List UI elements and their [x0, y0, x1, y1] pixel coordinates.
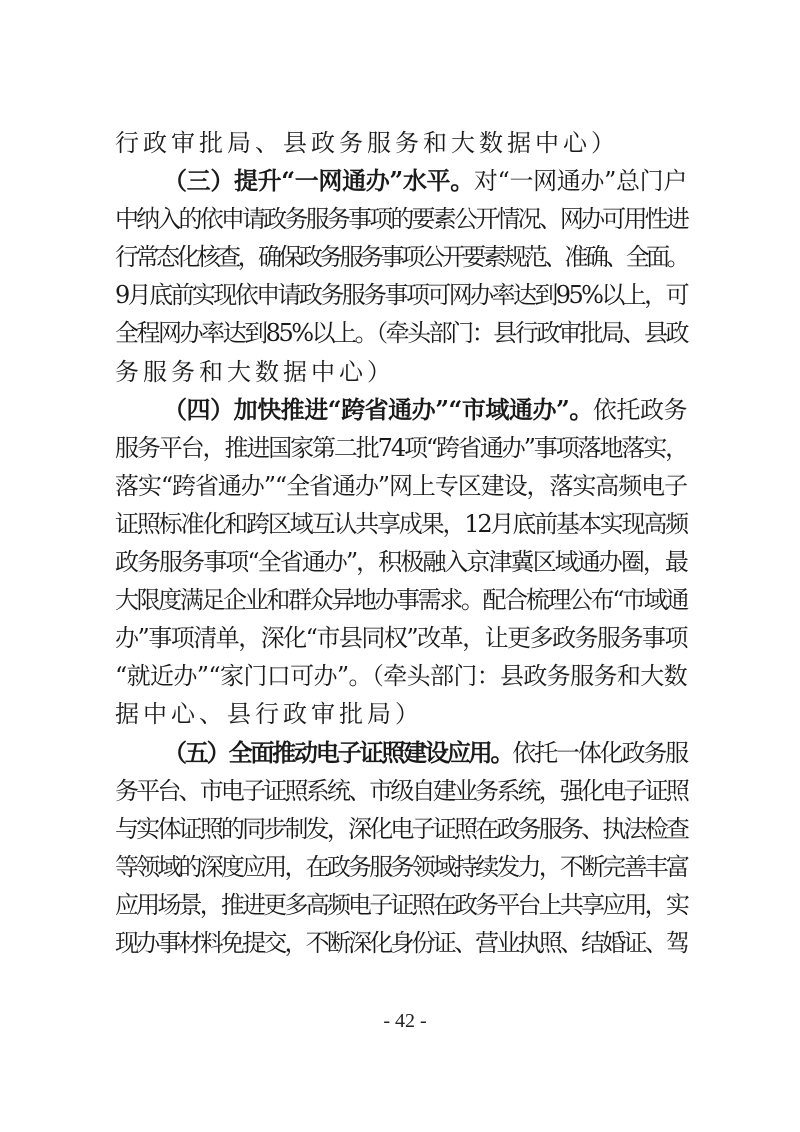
section-heading-5: （五）全面推动电子证照建设应用。 [163, 738, 512, 767]
text-line: 据中心、县行政审批局） [115, 695, 687, 733]
text-line: 与实体证照的同步制发，深化电子证照在政务服务、执法检查 [115, 810, 687, 848]
text-line: 大限度满足企业和群众异地办事需求。配合梳理公布“市域通 [115, 581, 687, 619]
document-page: 行政审批局、县政务服务和大数据中心） （三）提升“一网通办”水平。对“一网通办”… [0, 0, 800, 1132]
text-line: 务平台、市电子证照系统、市级自建业务系统，强化电子证照 [115, 772, 687, 810]
text-line: 现办事材料免提交，不断深化身份证、营业执照、结婚证、驾 [115, 924, 687, 962]
text-line: 服务平台，推进国家第二批74项“跨省通办”事项落地落实， [115, 429, 687, 467]
text-line: 中纳入的依申请政务服务事项的要素公开情况、网办可用性进 [115, 200, 687, 238]
text-line: 等领域的深度应用，在政务服务领域持续发力，不断完善丰富 [115, 848, 687, 886]
text-line: 行常态化核查，确保政务服务事项公开要素规范、准确、全面。 [115, 238, 687, 276]
page-number: - 42 - [0, 1010, 800, 1033]
section-heading-3: （三）提升“一网通办”水平。 [163, 166, 474, 195]
text-line: 9月底前实现依申请政务服务事项可网办率达到95%以上，可 [115, 276, 687, 314]
text-line: 证照标准化和跨区域互认共享成果，12月底前基本实现高频 [115, 505, 687, 543]
text-line: 行政审批局、县政务服务和大数据中心） [115, 124, 687, 162]
section-heading-4: （四）加快推进“跨省通办”“市域通办”。 [163, 395, 593, 424]
section-heading-line: （三）提升“一网通办”水平。对“一网通办”总门户 [115, 162, 687, 200]
text-line: 办”事项清单，深化“市县同权”改革，让更多政务服务事项 [115, 619, 687, 657]
section-heading-line: （五）全面推动电子证照建设应用。依托一体化政务服 [115, 734, 687, 772]
section-heading-line: （四）加快推进“跨省通办”“市域通办”。依托政务 [115, 391, 687, 429]
text-line: 落实“跨省通办”“全省通办”网上专区建设，落实高频电子 [115, 467, 687, 505]
text-line: 全程网办率达到85%以上。（牵头部门：县行政审批局、县政 [115, 314, 687, 352]
text-line: 务服务和大数据中心） [115, 353, 687, 391]
text-line: 政务服务事项“全省通办”，积极融入京津冀区域通办圈，最 [115, 543, 687, 581]
text-line: 应用场景，推进更多高频电子证照在政务平台上共享应用，实 [115, 886, 687, 924]
body-text: 行政审批局、县政务服务和大数据中心） （三）提升“一网通办”水平。对“一网通办”… [115, 124, 687, 962]
text-line: “就近办”“家门口可办”。（牵头部门：县政务服务和大数 [115, 657, 687, 695]
